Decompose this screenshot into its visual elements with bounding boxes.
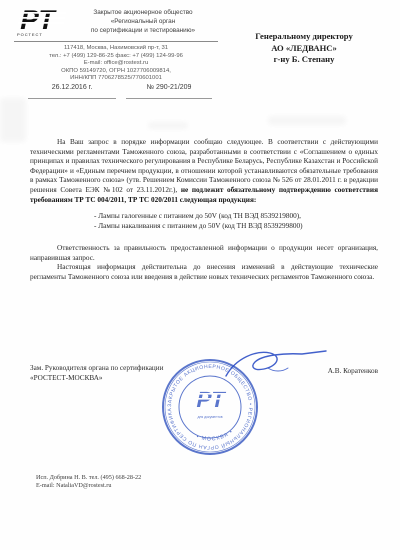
org-name-line: по сертификации и тестированию» (68, 26, 218, 35)
svg-text:РТ: РТ (18, 5, 59, 35)
product-item: - Лампы накаливания с питанием до 50V (к… (94, 222, 378, 231)
org-inn-kpp: ИНН/КПП 7706278525/770601001 (10, 75, 222, 83)
org-phone-fax: тел.: +7 (499) 129-86-25 факс: +7 (499) … (10, 53, 222, 61)
letter-date: 26.12.2016 г. (28, 84, 116, 99)
stamp-caption: для документов (197, 415, 222, 419)
addressee-line: г-ну Б. Степану (212, 54, 396, 66)
scan-artifact (268, 116, 346, 125)
org-contact-block: 117418, Москва, Нахимовский пр-т, 31 тел… (10, 45, 222, 83)
paragraph-main: На Ваш запрос в порядке информации сообщ… (30, 138, 378, 205)
org-name-line: «Региональный орган (68, 17, 218, 26)
letterhead-divider (14, 41, 218, 42)
rostest-logo-icon: РТ РОСТЕСТ (16, 5, 68, 39)
paragraph-responsibility: Ответственность за правильность предоста… (30, 244, 378, 263)
stamp-center-logo-icon: РТ (190, 387, 231, 412)
product-item: - Лампы галогенные с питанием до 50V (ко… (94, 212, 378, 221)
signer-title-line: Зам. Руководителя органа по сертификации (30, 364, 163, 374)
org-name: Закрытое акционерное общество «Региональ… (68, 5, 218, 35)
executor-email: E-mail: NataliaVD@rostest.ru (36, 482, 141, 490)
scan-artifact (0, 98, 26, 142)
letter-number: № 290-21/209 (126, 84, 212, 99)
addressee-line: АО «ЛЕДВАНС» (212, 43, 396, 55)
reference-row: 26.12.2016 г. № 290-21/209 (28, 84, 212, 99)
scanned-letter-page: РТ РОСТЕСТ Закрытое акционерное общество… (0, 0, 400, 550)
signer-title: Зам. Руководителя органа по сертификации… (30, 364, 163, 383)
org-okpo-ogrn: ОКПО 59149720, ОГРН 1027706009814, (10, 68, 222, 76)
executor-footer: Исп. Добрина Н. В. тел. (495) 668-28-22 … (36, 474, 141, 490)
org-name-line: Закрытое акционерное общество (68, 8, 218, 17)
addressee-line: Генеральному директору (212, 31, 396, 43)
signer-title-line: «РОСТЕСТ-МОСКВА» (30, 374, 163, 384)
product-list: - Лампы галогенные с питанием до 50V (ко… (94, 212, 378, 231)
letter-body: На Ваш запрос в порядке информации сообщ… (30, 138, 378, 282)
org-email: E-mail: office@rostest.ru (10, 60, 222, 68)
addressee-block: Генеральному директору АО «ЛЕДВАНС» г-ну… (212, 31, 396, 66)
signer-name: А.В. Коратенков (328, 364, 378, 383)
paragraph-validity: Настоящая информация действительна до вн… (30, 263, 378, 282)
org-address: 117418, Москва, Нахимовский пр-т, 31 (10, 45, 222, 53)
handwritten-signature (222, 346, 332, 386)
letterhead: РТ РОСТЕСТ Закрытое акционерное общество… (16, 5, 218, 39)
scan-artifact (148, 122, 188, 129)
svg-text:РОСТЕСТ: РОСТЕСТ (17, 32, 43, 37)
executor-contact: Исп. Добрина Н. В. тел. (495) 668-28-22 (36, 474, 141, 482)
